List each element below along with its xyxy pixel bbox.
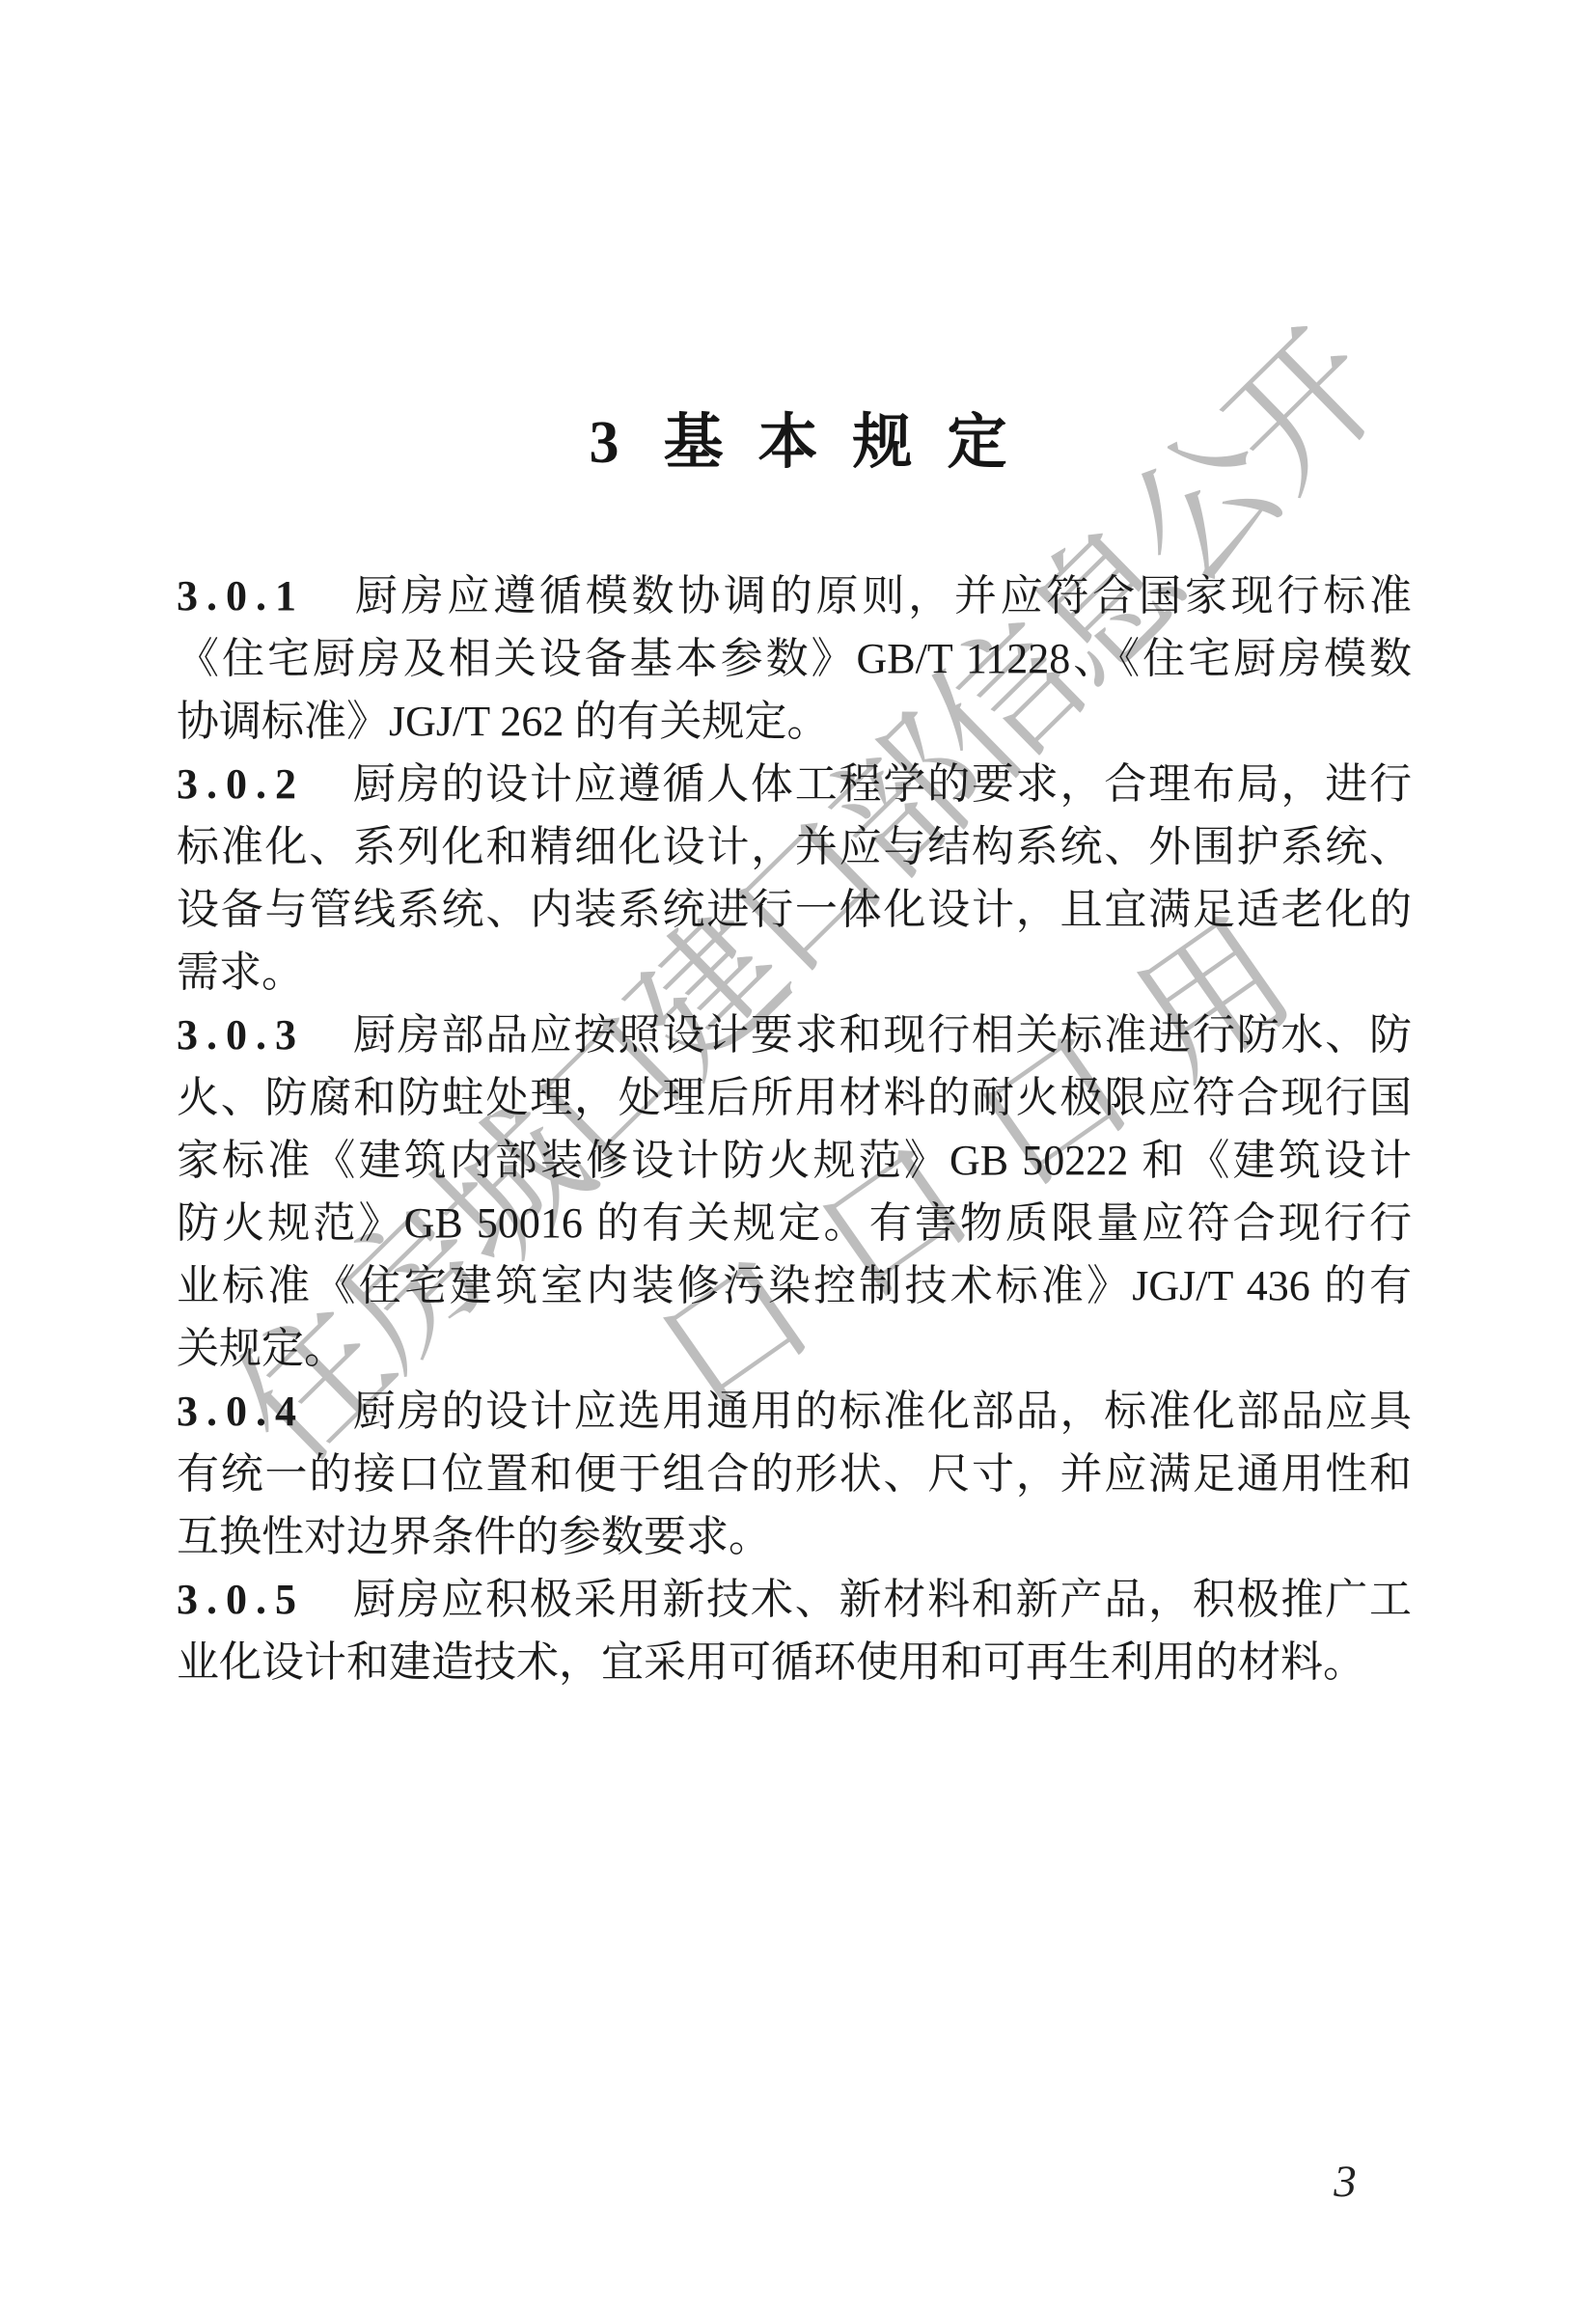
clause-number: 3.0.1	[177, 572, 305, 619]
clause-3.0.3-line-2: 火、防腐和防蛀处理，处理后所用材料的耐火极限应符合现行国	[177, 1066, 1412, 1129]
clause-3.0.2-line-4: 需求。	[177, 941, 1412, 1004]
clause-3.0.4-line-3: 互换性对边界条件的参数要求。	[177, 1505, 1412, 1568]
clause-3.0.2-line-2: 标准化、系列化和精细化设计，并应与结构系统、外围护系统、	[177, 815, 1412, 878]
clause-text: 厨房的设计应选用通用的标准化部品，标准化部品应具	[351, 1388, 1412, 1435]
clause-text: 厨房应积极采用新技术、新材料和新产品，积极推广工	[351, 1576, 1412, 1623]
chapter-title-text: 基本规定	[663, 410, 1041, 476]
clause-number: 3.0.4	[177, 1388, 305, 1435]
page-number: 3	[1305, 2156, 1386, 2208]
clause-3.0.1-line-1: 3.0.1厨房应遵循模数协调的原则，并应符合国家现行标准	[177, 564, 1412, 627]
clause-3.0.2-line-1: 3.0.2厨房的设计应遵循人体工程学的要求，合理布局，进行	[177, 753, 1412, 815]
document-page: 住房城口建口部信息公开 口口口用 3基本规定 3.0.1厨房应遵循模数协调的原则…	[0, 0, 1596, 2311]
clauses-container: 3.0.1厨房应遵循模数协调的原则，并应符合国家现行标准《住宅厨房及相关设备基本…	[177, 564, 1412, 1693]
clause-3.0.1-line-2: 《住宅厨房及相关设备基本参数》GB/T 11228、《住宅厨房模数	[177, 627, 1412, 690]
clause-3.0.3-line-5: 业标准《住宅建筑室内装修污染控制技术标准》JGJ/T 436 的有	[177, 1254, 1412, 1317]
chapter-number: 3	[589, 410, 619, 476]
clause-number: 3.0.3	[177, 1011, 305, 1059]
clause-3.0.5-line-2: 业化设计和建造技术，宜采用可循环使用和可再生利用的材料。	[177, 1631, 1412, 1693]
clause-3.0.3-line-3: 家标准《建筑内部装修设计防火规范》GB 50222 和《建筑设计	[177, 1129, 1412, 1192]
clause-3.0.2-line-3: 设备与管线系统、内装系统进行一体化设计，且宜满足适老化的	[177, 878, 1412, 941]
chapter-title: 3基本规定	[0, 394, 1596, 480]
clause-text: 厨房的设计应遵循人体工程学的要求，合理布局，进行	[351, 760, 1412, 808]
clause-text: 厨房应遵循模数协调的原则，并应符合国家现行标准	[351, 572, 1412, 619]
clause-number: 3.0.2	[177, 760, 305, 808]
clause-3.0.3-line-4: 防火规范》GB 50016 的有关规定。有害物质限量应符合现行行	[177, 1192, 1412, 1254]
clause-3.0.1-line-3: 协调标准》JGJ/T 262 的有关规定。	[177, 690, 1412, 753]
clause-3.0.5-line-1: 3.0.5厨房应积极采用新技术、新材料和新产品，积极推广工	[177, 1568, 1412, 1631]
clause-3.0.4-line-2: 有统一的接口位置和便于组合的形状、尺寸，并应满足通用性和	[177, 1443, 1412, 1505]
clause-text: 厨房部品应按照设计要求和现行相关标准进行防水、防	[351, 1011, 1412, 1059]
clause-number: 3.0.5	[177, 1576, 305, 1623]
clause-3.0.4-line-1: 3.0.4厨房的设计应选用通用的标准化部品，标准化部品应具	[177, 1380, 1412, 1443]
clause-3.0.3-line-1: 3.0.3厨房部品应按照设计要求和现行相关标准进行防水、防	[177, 1004, 1412, 1066]
clause-3.0.3-line-6: 关规定。	[177, 1317, 1412, 1380]
